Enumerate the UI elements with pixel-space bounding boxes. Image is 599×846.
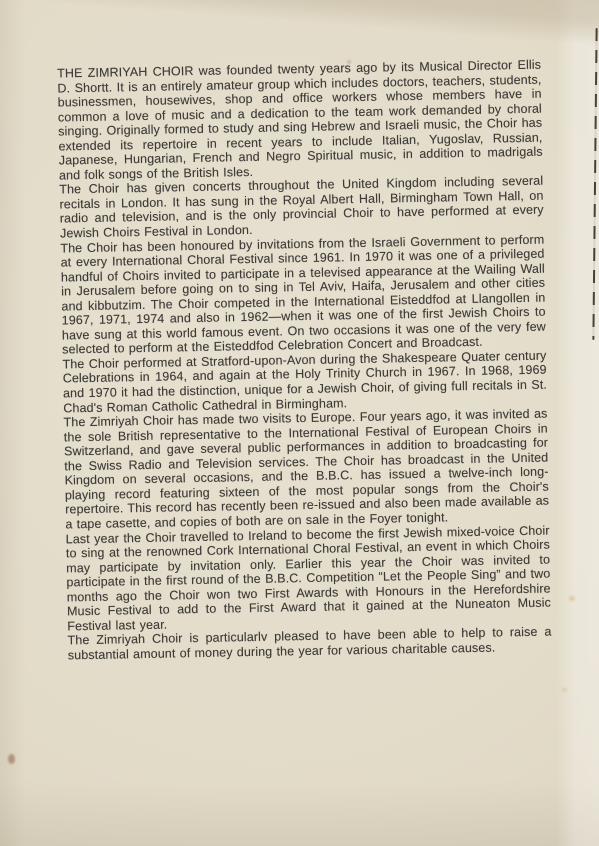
paragraph-uk-concerts: The Choir has given concerts throughout … bbox=[59, 174, 544, 241]
stain-mark bbox=[8, 754, 15, 764]
paragraph-israel-eisteddfod: The Choir has been honoured by invitatio… bbox=[60, 232, 546, 357]
paragraph-europe-bbc-record: The Zimriyah Choir has made two visits t… bbox=[63, 407, 549, 532]
foxing-spot bbox=[569, 596, 575, 601]
page-edge-shadow bbox=[592, 28, 597, 340]
programme-page-photo: THE ZIMRIYAH CHOIR was founded twenty ye… bbox=[0, 0, 599, 846]
paragraph-choir-founding: THE ZIMRIYAH CHOIR was founded twenty ye… bbox=[57, 58, 543, 183]
choir-history-text: THE ZIMRIYAH CHOIR was founded twenty ye… bbox=[57, 58, 552, 663]
paragraph-ireland-competitions: Last year the Choir travelled to Ireland… bbox=[66, 523, 552, 634]
foxing-spot bbox=[562, 688, 567, 692]
paragraph-stratford-recitals: The Choir performed at Stratford-upon-Av… bbox=[62, 349, 547, 416]
